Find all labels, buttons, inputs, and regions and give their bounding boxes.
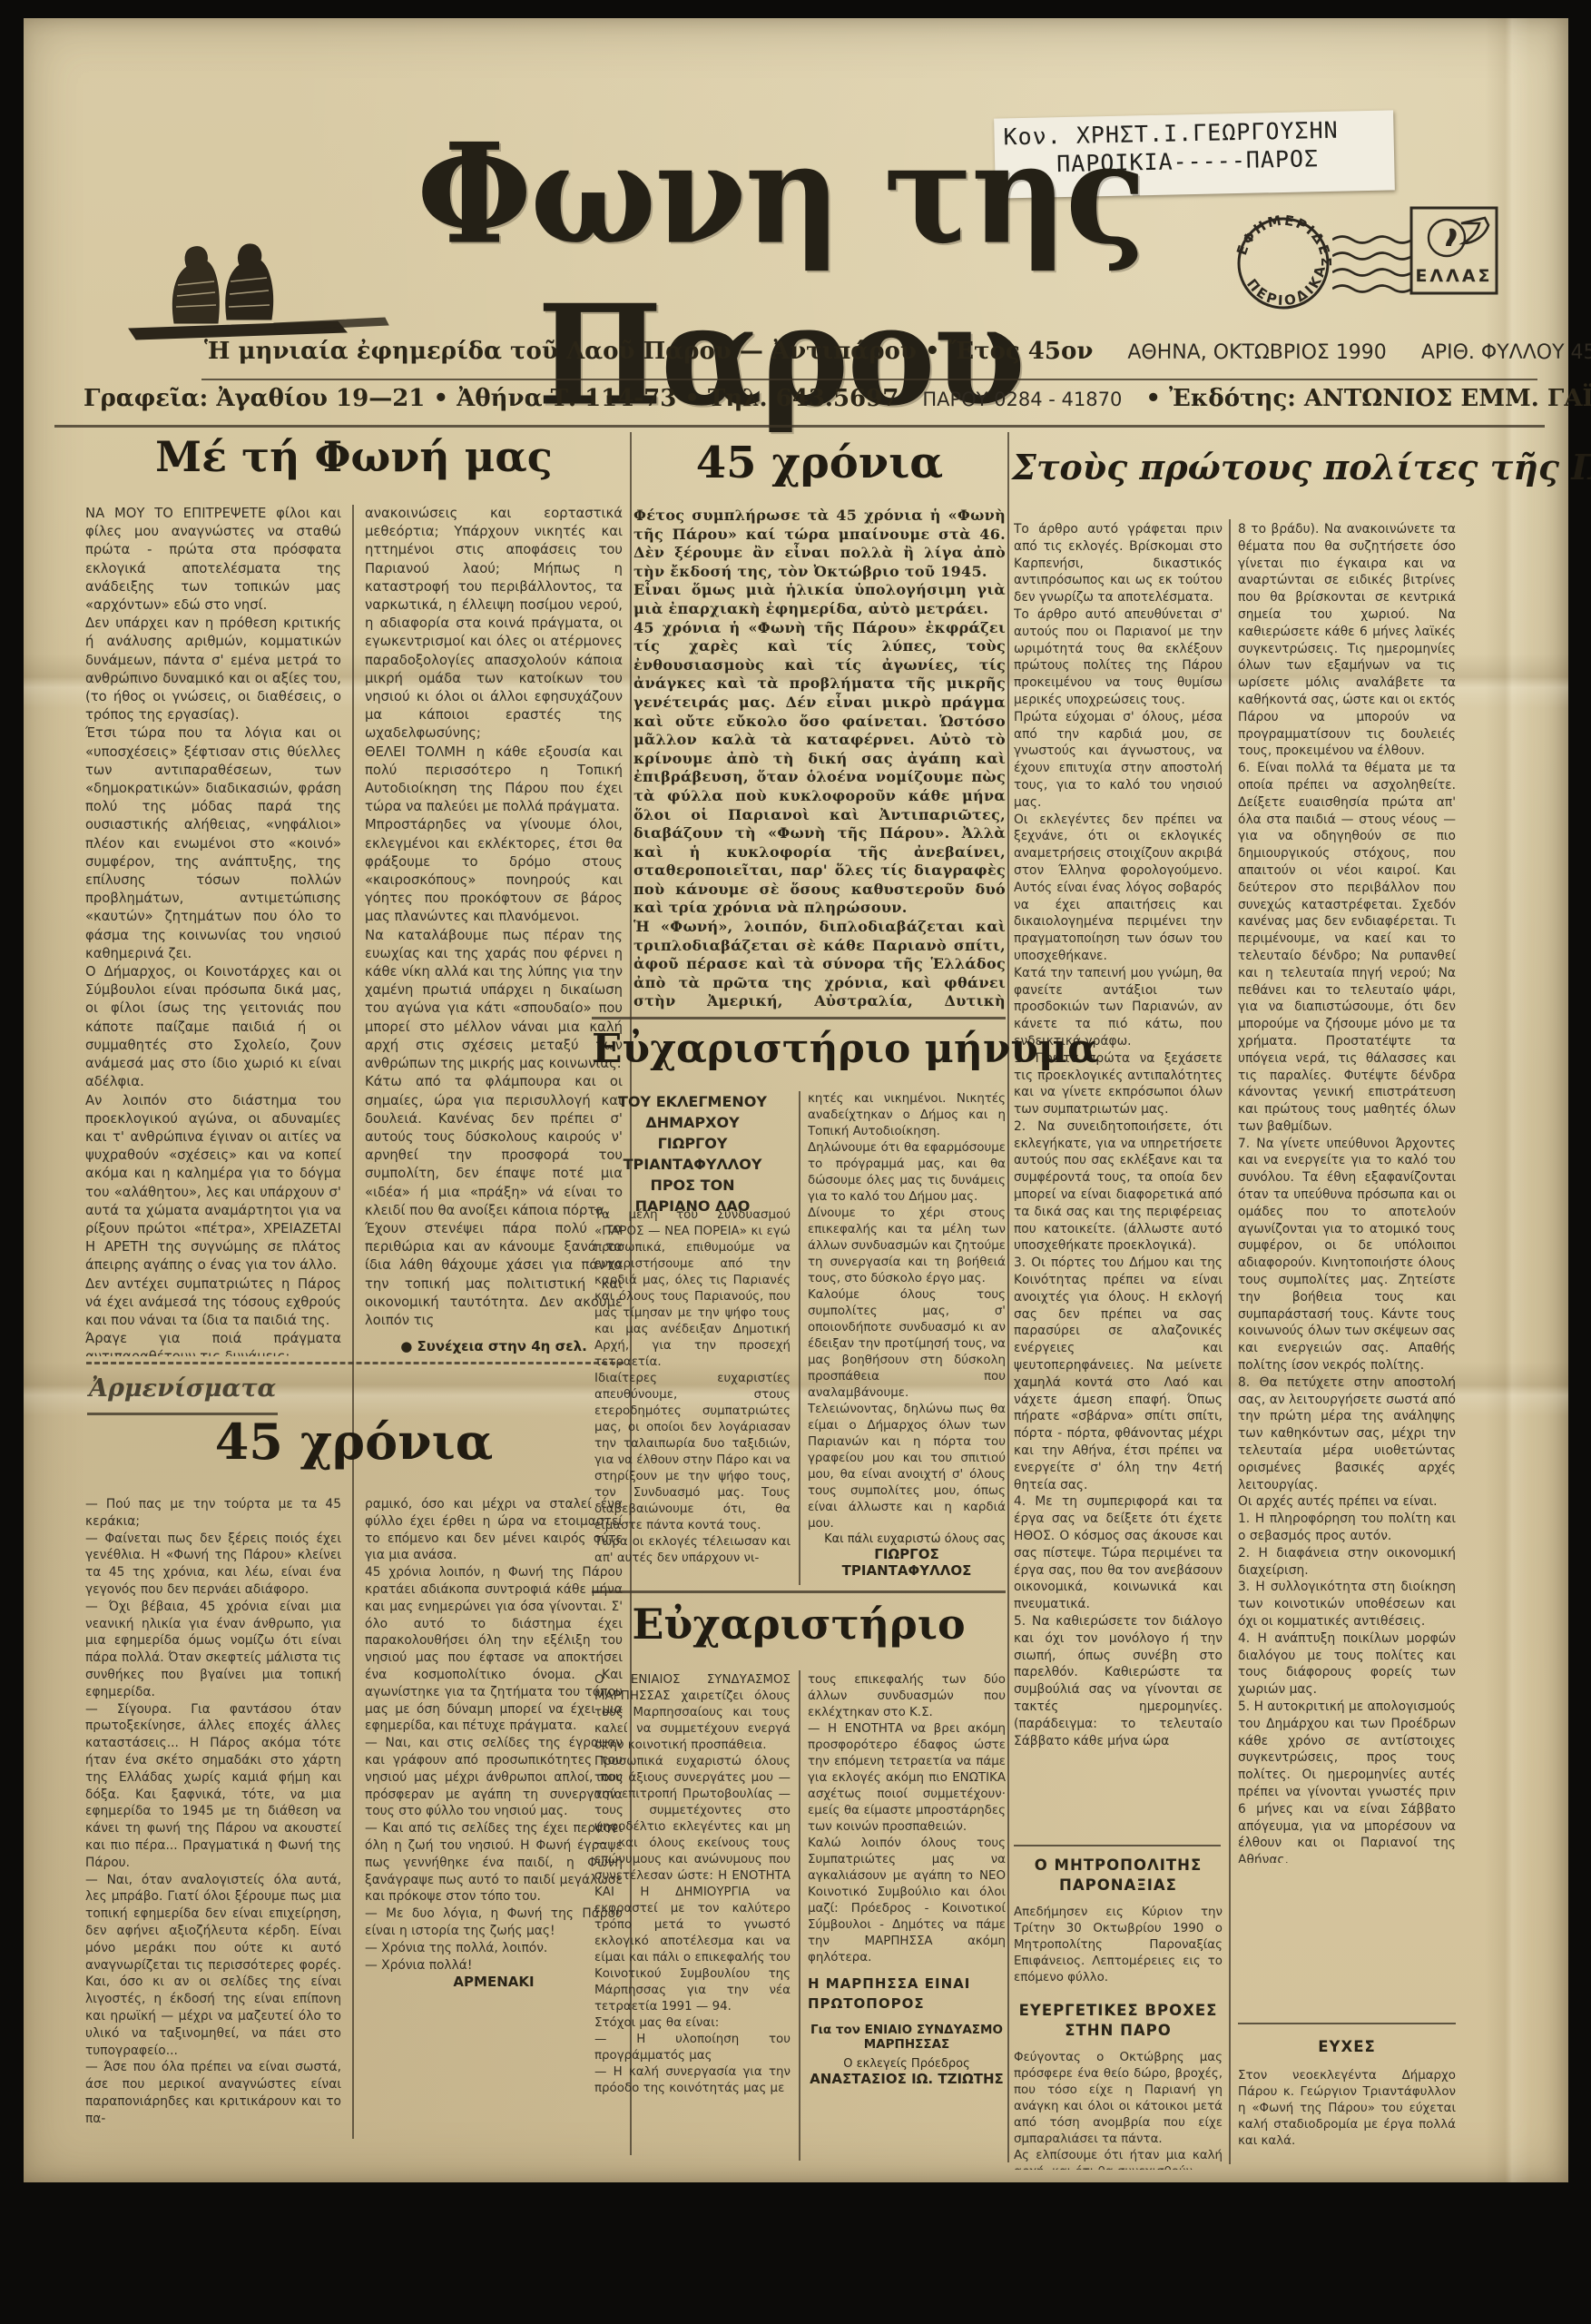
brief-vroxes-title: ΕΥΕΡΓΕΤΙΚΕΣ ΒΡΟΧΕΣ ΣΤΗΝ ΠΑΡΟ: [1014, 2001, 1223, 2041]
article-armenismata-column-1: — Πού πας με την τούρτα με τα 45 κεράκια…: [85, 1496, 341, 2127]
masthead-rule: [201, 379, 1537, 380]
article-efxaristirio-marpissa-column-2: τους επικεφαλής των δύο άλλων συνδυασμών…: [808, 1672, 1006, 1966]
brief-efxes-title: ΕΥΧΕΣ: [1238, 2037, 1456, 2057]
column-rule: [1229, 519, 1231, 2164]
masthead-issue-number: ΑΡΙΘ. ΦΥΛΛΟΥ 451: [1421, 341, 1591, 364]
masthead-city-date: ΑΘΗΝΑ, ΟΚΤΩΒΡΙΟΣ 1990: [1127, 341, 1386, 364]
masthead-offices: Γραφεῖα: Ἀγαθίου 19—21 • Ἀθήνα Τ. 114-73…: [83, 385, 899, 412]
article-efxaristirio-minima-column-2: κητές και νικημένοι. Νικητές αναδείχτηκα…: [808, 1091, 1006, 1532]
section-rule: [1014, 1845, 1221, 1846]
brief-mitropolitis-title: Ο ΜΗΤΡΟΠΟΛΙΤΗΣ ΠΑΡΟΝΑΞΙΑΣ: [1014, 1856, 1223, 1896]
newspaper-scan: Κον. ΧΡΗΣΤ.Ι.ΓΕΩΡΓΟΥΣΗΝ ΠΑΡΟΙΚΙΑ-----ΠΑΡ…: [0, 0, 1591, 2324]
article-armenismata-headline: 45 χρόνια: [83, 1413, 624, 1471]
article-lead45-headline: 45 χρόνια: [635, 438, 1004, 488]
marpissa-for-line: Για τον ΕΝΙΑΙΟ ΣΥΝΔΥΑΣΜΟ ΜΑΡΠΗΣΣΑΣ: [808, 2023, 1006, 2052]
masthead-paros-phone: ΠΑΡΟΥ 0284 - 41870: [922, 389, 1122, 410]
article-protous-polites-headline: Στοὺς πρώτους πολίτες τῆς Πάρου: [1012, 447, 1458, 487]
section-rule: [592, 1017, 1006, 1019]
brief-efxes-body: Στον νεοεκλεγέντα Δήμαρχο Πάρου κ. Γεώργ…: [1238, 2068, 1456, 2150]
postmark-text-bottom: ΠΕΡΙΟΔΙΚΑ: [1243, 262, 1329, 310]
header-rule: [54, 425, 1545, 428]
column-rule: [1007, 432, 1009, 2162]
dashed-rule: [86, 1362, 624, 1364]
marpissa-elected-line: Ο εκλεγείς Πρόεδρος: [808, 2057, 1006, 2071]
marpissa-subhead: Η ΜΑΡΠΗΣΣΑ ΕΙΝΑΙ ΠΡΩΤΟΠΟΡΟΣ: [808, 1974, 1006, 2014]
stamp-country-text: ΕΛΛΑΣ: [1415, 266, 1492, 286]
column-rule: [799, 1091, 800, 1585]
svg-text:ΕΦΗΜΕΡΙΔΕΣ: ΕΦΗΜΕΡΙΔΕΣ: [1233, 212, 1334, 268]
article-efxaristirio-marpissa-headline: Εὐχαριστήριο: [592, 1600, 1006, 1649]
continued-on-page-4: ● Συνέχεια στην 4η σελ.: [365, 1338, 623, 1354]
article-efxaristirio-minima-kicker: ΤΟΥ ΕΚΛΕΓΜΕΝΟΥ ΔΗΜΑΡΧΟΥ ΓΙΩΡΓΟΥ ΤΡΙΑΝΤΑΦ…: [594, 1091, 791, 1216]
column-rule: [352, 505, 354, 2139]
article-armenismata-column-2: ραμικό, όσο και μέχρι να σταλεί ένα φύλλ…: [365, 1496, 623, 1974]
sign-name-armenaki: ΑΡΜΕΝΑΚΙ: [365, 1974, 623, 1990]
masthead-publisher: • Ἐκδότης: ΑΝΤΩΝΙΟΣ ΕΜΜ. ΓΑΪΤΑΝΟΣ: [1145, 385, 1591, 412]
postmark-text-top: ΕΦΗΜΕΡΙΔΕΣ: [1233, 212, 1334, 268]
postmark-icon: ΕΦΗΜΕΡΙΔΕΣ ΠΕΡΙΟΔΙΚΑ: [1227, 207, 1340, 320]
sign-line: Και πάλι ευχαριστώ όλους σας: [808, 1532, 1006, 1546]
cancellation-lines-icon: [1332, 234, 1410, 298]
section-rule: [592, 1590, 1006, 1593]
article-protous-polites-column-1: Το άρθρο αυτό γράφεται πριν από τις εκλο…: [1014, 521, 1223, 1749]
svg-text:ΠΕΡΙΟΔΙΚΑ: ΠΕΡΙΟΔΙΚΑ: [1243, 262, 1329, 310]
section-rule: [1238, 2023, 1456, 2024]
column-rule: [799, 1670, 800, 2161]
postage-stamp-icon: ΕΛΛΑΣ: [1409, 205, 1499, 296]
article-me-ti-foni-headline: Μέ τή Φωνή μας: [83, 432, 624, 481]
brief-vroxes-body: Φεύγοντας ο Οκτώβρης μας πρόσφερε ένα θε…: [1014, 2050, 1223, 2170]
sign-name-triantafyllos: ΓΙΩΡΓΟΣ ΤΡΙΑΝΤΑΦΥΛΛΟΣ: [808, 1546, 1006, 1579]
article-efxaristirio-minima-column-1: Τα μέλη του Συνδυασμού «ΠΑΡΟΣ — ΝΕΑ ΠΟΡΕ…: [594, 1207, 791, 1567]
article-lead45-body: Φέτος συμπλήρωσε τὰ 45 χρόνια ἡ «Φωνὴ τῆ…: [633, 507, 1006, 1011]
article-me-ti-foni-column-2: ανακοινώσεις και εορταστικά μεθεόρτια; Υ…: [365, 505, 623, 1330]
column-armenismata-kicker: Ἀρμενίσματα: [89, 1374, 361, 1403]
article-efxaristirio-marpissa-column-1: Ο ΕΝΙΑΙΟΣ ΣΥΝΔΥΑΣΜΟΣ ΜΑΡΠΗΣΣΑΣ χαιρετίζε…: [594, 1672, 791, 2097]
article-me-ti-foni-column-1: ΝΑ ΜΟΥ ΤΟ ΕΠΙΤΡΕΨΕΤΕ φίλοι και φίλες μου…: [85, 505, 341, 1356]
article-protous-polites-column-2: 8 το βράδυ). Να ανακοινώνετε τα θέματα π…: [1238, 521, 1456, 1863]
sign-name-tziotis: ΑΝΑΣΤΑΣΙΟΣ ΙΩ. ΤΖΙΩΤΗΣ: [808, 2071, 1006, 2087]
brief-mitropolitis-body: Απεδήμησεν εις Κύριον την Τρίτην 30 Οκτω…: [1014, 1905, 1223, 1986]
article-efxaristirio-minima-headline: Εὐχαριστήριο μήνυμα: [592, 1026, 1006, 1072]
masthead-subtitle: Ἡ μηνιαία ἐφημερίδα τοῦ Λαοῦ Πάρου — Ἀντ…: [204, 338, 1093, 365]
